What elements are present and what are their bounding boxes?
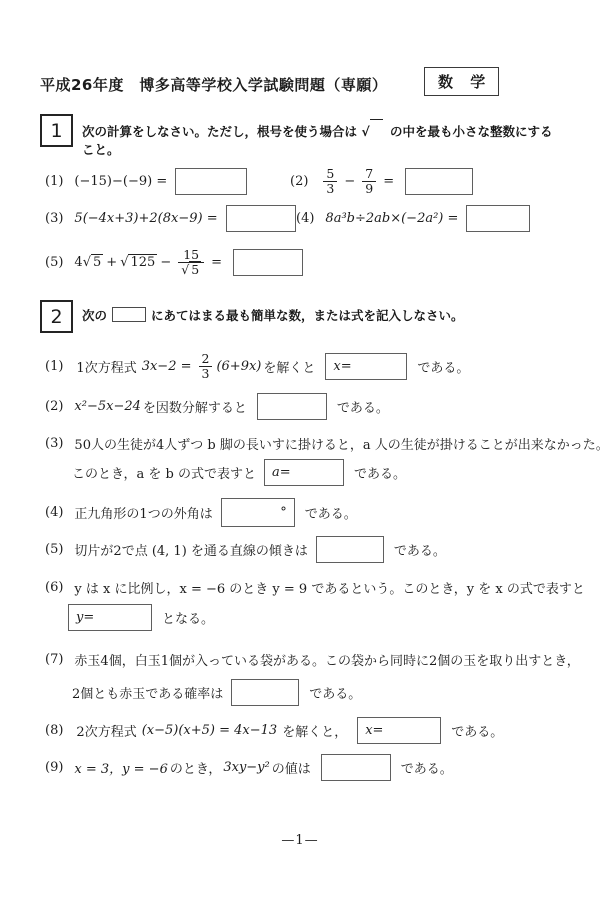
s1-q3-row: (3) 5(−4x+3)+2(8x−9) = (45, 203, 304, 233)
blank-box-glyph (112, 307, 146, 322)
s1-q5-fraction: 15 √5 (178, 248, 204, 277)
s2-q3-suffix: である。 (354, 463, 406, 482)
s1-q5-frac-den-radicand: 5 (189, 261, 201, 277)
s1-q5-row: (5) 4 √5 + √125 − 15 √5 = (45, 238, 311, 286)
section2-instruction: 次のにあてはまる最も簡単な数，または式を記入しなさい。 (82, 307, 582, 325)
s2-q5-text: 切片が2で点 (4, 1) を通る直線の傾きは (74, 540, 308, 559)
page-title: 平成26年度 博多高等学校入学試験問題（専願） (40, 74, 387, 95)
s2-q8-label: (8) (45, 723, 63, 738)
s2-q9-suffix: である。 (401, 758, 453, 777)
s2-q1-fraction: 2 3 (199, 352, 213, 381)
s2-q5-answer-box (316, 536, 384, 563)
s2-q8-row: (8) 2次方程式 (x−5)(x+5) = 4x−13 を解くと， x= であ… (45, 714, 505, 746)
s2-q8-intro: 2次方程式 (76, 721, 136, 740)
s2-q2-expression: x²−5x−24 (74, 399, 140, 414)
s1-q5-radicand-2: 125 (128, 254, 157, 270)
s2-q2-answer-box (257, 393, 327, 420)
s2-q8-box-label: x= (365, 723, 383, 738)
s1-q5-label: (5) (45, 255, 63, 270)
s2-q8-answer-box: x= (357, 717, 441, 744)
s2-q9-answer-box (321, 754, 391, 781)
subject-label: 数 学 (438, 73, 491, 91)
s2-q6-line1: (6) y は x に比例し，x = −6 のとき y = 9 であるという。こ… (45, 578, 585, 596)
s1-q1-answer-box (175, 168, 247, 195)
s2-q8-mid: を解くと， (282, 721, 347, 740)
s2-q7-label: (7) (45, 652, 63, 667)
s2-q1-expr-right: (6+9x) (216, 359, 261, 374)
s1-q1-row: (1) (−15)−(−9) = (45, 166, 255, 196)
s1-q2-fraction-1: 5 3 (323, 167, 337, 196)
s2-q3-answer-box: a= (264, 459, 344, 486)
s1-q5-radicand-1: 5 (91, 254, 103, 270)
sqrt-symbol: √ (120, 255, 128, 270)
s2-q9-label: (9) (45, 760, 63, 775)
s2-q7-text-line1: 赤玉4個，白玉1個が入っている袋がある。この袋から同時に2個の玉を取り出すとき， (74, 650, 579, 669)
s1-q2-operator: − (344, 174, 355, 189)
s2-q1-answer-box: x= (325, 353, 407, 380)
s2-q1-frac-den: 3 (199, 366, 213, 381)
s2-q3-text-line1: 50人の生徒が4人ずつ b 脚の長いすに掛けると，a 人の生徒が掛けることが出来… (74, 434, 600, 453)
section1-instruction-pre: 次の計算をしなさい。ただし，根号を使う場合は (82, 124, 361, 139)
sqrt-symbol: √ (361, 124, 369, 139)
s1-q3-label: (3) (45, 211, 63, 226)
s2-q5-label: (5) (45, 542, 63, 557)
s2-q3-line1: (3) 50人の生徒が4人ずつ b 脚の長いすに掛けると，a 人の生徒が掛けるこ… (45, 434, 600, 452)
subject-box: 数 学 (424, 67, 499, 96)
s2-q8-expression: (x−5)(x+5) = 4x−13 (142, 723, 277, 738)
section1-number-box: 1 (40, 114, 73, 147)
exam-page: 平成26年度 博多高等学校入学試験問題（専願） 数 学 1 次の計算をしなさい。… (0, 0, 600, 900)
section1-instruction: 次の計算をしなさい。ただし，根号を使う場合は √ の中を最も小さな整数にすること… (82, 119, 564, 159)
s2-q1-mid: を解くと (263, 357, 315, 376)
sqrt-vinculum (370, 119, 383, 129)
s1-q2-label: (2) (290, 174, 308, 189)
s2-q2-mid: を因数分解すると (143, 397, 247, 416)
s1-q2-equals: = (383, 174, 394, 189)
s1-q3-expression: 5(−4x+3)+2(8x−9) = (74, 211, 217, 226)
s1-q1-label: (1) (45, 174, 63, 189)
s1-q5-sqrt-1: √5 (83, 254, 104, 270)
s2-q1-frac-num: 2 (199, 352, 213, 366)
section2-instruction-post: にあてはまる最も簡単な数，または式を記入しなさい。 (151, 308, 464, 323)
s2-q6-label: (6) (45, 580, 63, 595)
s2-q6-text-line1: y は x に比例し，x = −6 のとき y = 9 であるという。このとき，… (74, 578, 584, 597)
s2-q7-text-line2: 2個とも赤玉である確率は (72, 683, 223, 702)
s2-q3-box-label: a= (272, 465, 291, 480)
s1-q5-minus: − (160, 255, 171, 270)
s2-q1-box-label: x= (333, 359, 351, 374)
s1-q5-sqrt-2: √125 (120, 254, 157, 270)
page-number: —1— (0, 833, 600, 848)
s2-q6-line2: y= となる。 (68, 601, 216, 633)
s2-q4-row: (4) 正九角形の1つの外角は ° である。 (45, 496, 359, 528)
s1-q4-answer-box (466, 205, 530, 232)
section2-instruction-pre: 次の (82, 308, 107, 323)
s1-q4-label: (4) (296, 211, 314, 226)
s2-q2-suffix: である。 (337, 397, 389, 416)
s1-q2-frac2-num: 7 (362, 167, 376, 181)
s1-q5-frac-den: √5 (178, 262, 204, 277)
s1-q2-frac1-num: 5 (323, 167, 337, 181)
s1-q2-frac2-den: 9 (362, 181, 376, 196)
s2-q9-row: (9) x = 3，y = −6 のとき， 3xy−y² の値は である。 (45, 752, 455, 782)
s1-q2-row: (2) 5 3 − 7 9 = (290, 160, 481, 202)
s2-q4-suffix: である。 (305, 503, 357, 522)
s2-q3-line2: このとき，a を b の式で表すと a= である。 (72, 456, 408, 488)
s2-q5-suffix: である。 (394, 540, 446, 559)
s2-q1-expr-left: 3x−2 = (142, 359, 192, 374)
s2-q1-label: (1) (45, 359, 63, 374)
s2-q7-suffix: である。 (309, 683, 361, 702)
s2-q1-suffix: である。 (417, 357, 469, 376)
s2-q6-suffix: となる。 (162, 608, 214, 627)
s2-q9-expr-2: 3xy−y² (223, 760, 269, 775)
s1-q4-expression: 8a³b÷2ab×(−2a²) = (325, 211, 458, 226)
section2-number-box: 2 (40, 300, 73, 333)
s2-q6-box-label: y= (76, 610, 94, 625)
s2-q4-text: 正九角形の1つの外角は (74, 503, 212, 522)
s1-q5-plus: + (106, 255, 117, 270)
s2-q5-row: (5) 切片が2で点 (4, 1) を通る直線の傾きは である。 (45, 534, 448, 564)
s1-q5-equals: = (211, 255, 222, 270)
s2-q1-intro: 1次方程式 (76, 357, 136, 376)
s2-q7-line1: 赤玉4個，白玉1個が入っている袋がある。この袋から同時に2個の玉を取り出すとき，… (45, 650, 580, 668)
s2-q4-label: (4) (45, 505, 63, 520)
sqrt-symbol: √ (181, 262, 189, 277)
s1-q5-frac-num: 15 (180, 248, 202, 262)
s2-q7-line2: 2個とも赤玉である確率は である。 (72, 676, 363, 708)
s2-q2-label: (2) (45, 399, 63, 414)
s1-q3-answer-box (226, 205, 296, 232)
s2-q3-label: (3) (45, 436, 63, 451)
s1-q2-frac1-den: 3 (323, 181, 337, 196)
s2-q4-degree-unit: ° (280, 505, 287, 520)
s2-q6-answer-box: y= (68, 604, 152, 631)
s2-q2-row: (2) x²−5x−24 を因数分解すると である。 (45, 391, 391, 421)
sqrt-symbol: √ (83, 255, 91, 270)
s2-q9-mid-1: のとき， (170, 758, 221, 777)
s2-q8-suffix: である。 (451, 721, 503, 740)
s1-q5-coefficient: 4 (74, 255, 82, 270)
s2-q4-answer-box: ° (221, 498, 295, 527)
s2-q1-row: (1) 1次方程式 3x−2 = 2 3 (6+9x) を解くと x= である。 (45, 346, 471, 386)
s1-q5-answer-box (233, 249, 303, 276)
s2-q7-answer-box (231, 679, 299, 706)
s1-q2-fraction-2: 7 9 (362, 167, 376, 196)
s2-q9-expr-1: x = 3，y = −6 (74, 758, 167, 777)
s1-q1-expression: (−15)−(−9) = (74, 174, 167, 189)
s1-q4-row: (4) 8a³b÷2ab×(−2a²) = (296, 203, 538, 233)
s2-q3-text-line2: このとき，a を b の式で表すと (72, 463, 256, 482)
s1-q2-answer-box (405, 168, 473, 195)
s2-q9-mid-2: の値は (272, 758, 311, 777)
